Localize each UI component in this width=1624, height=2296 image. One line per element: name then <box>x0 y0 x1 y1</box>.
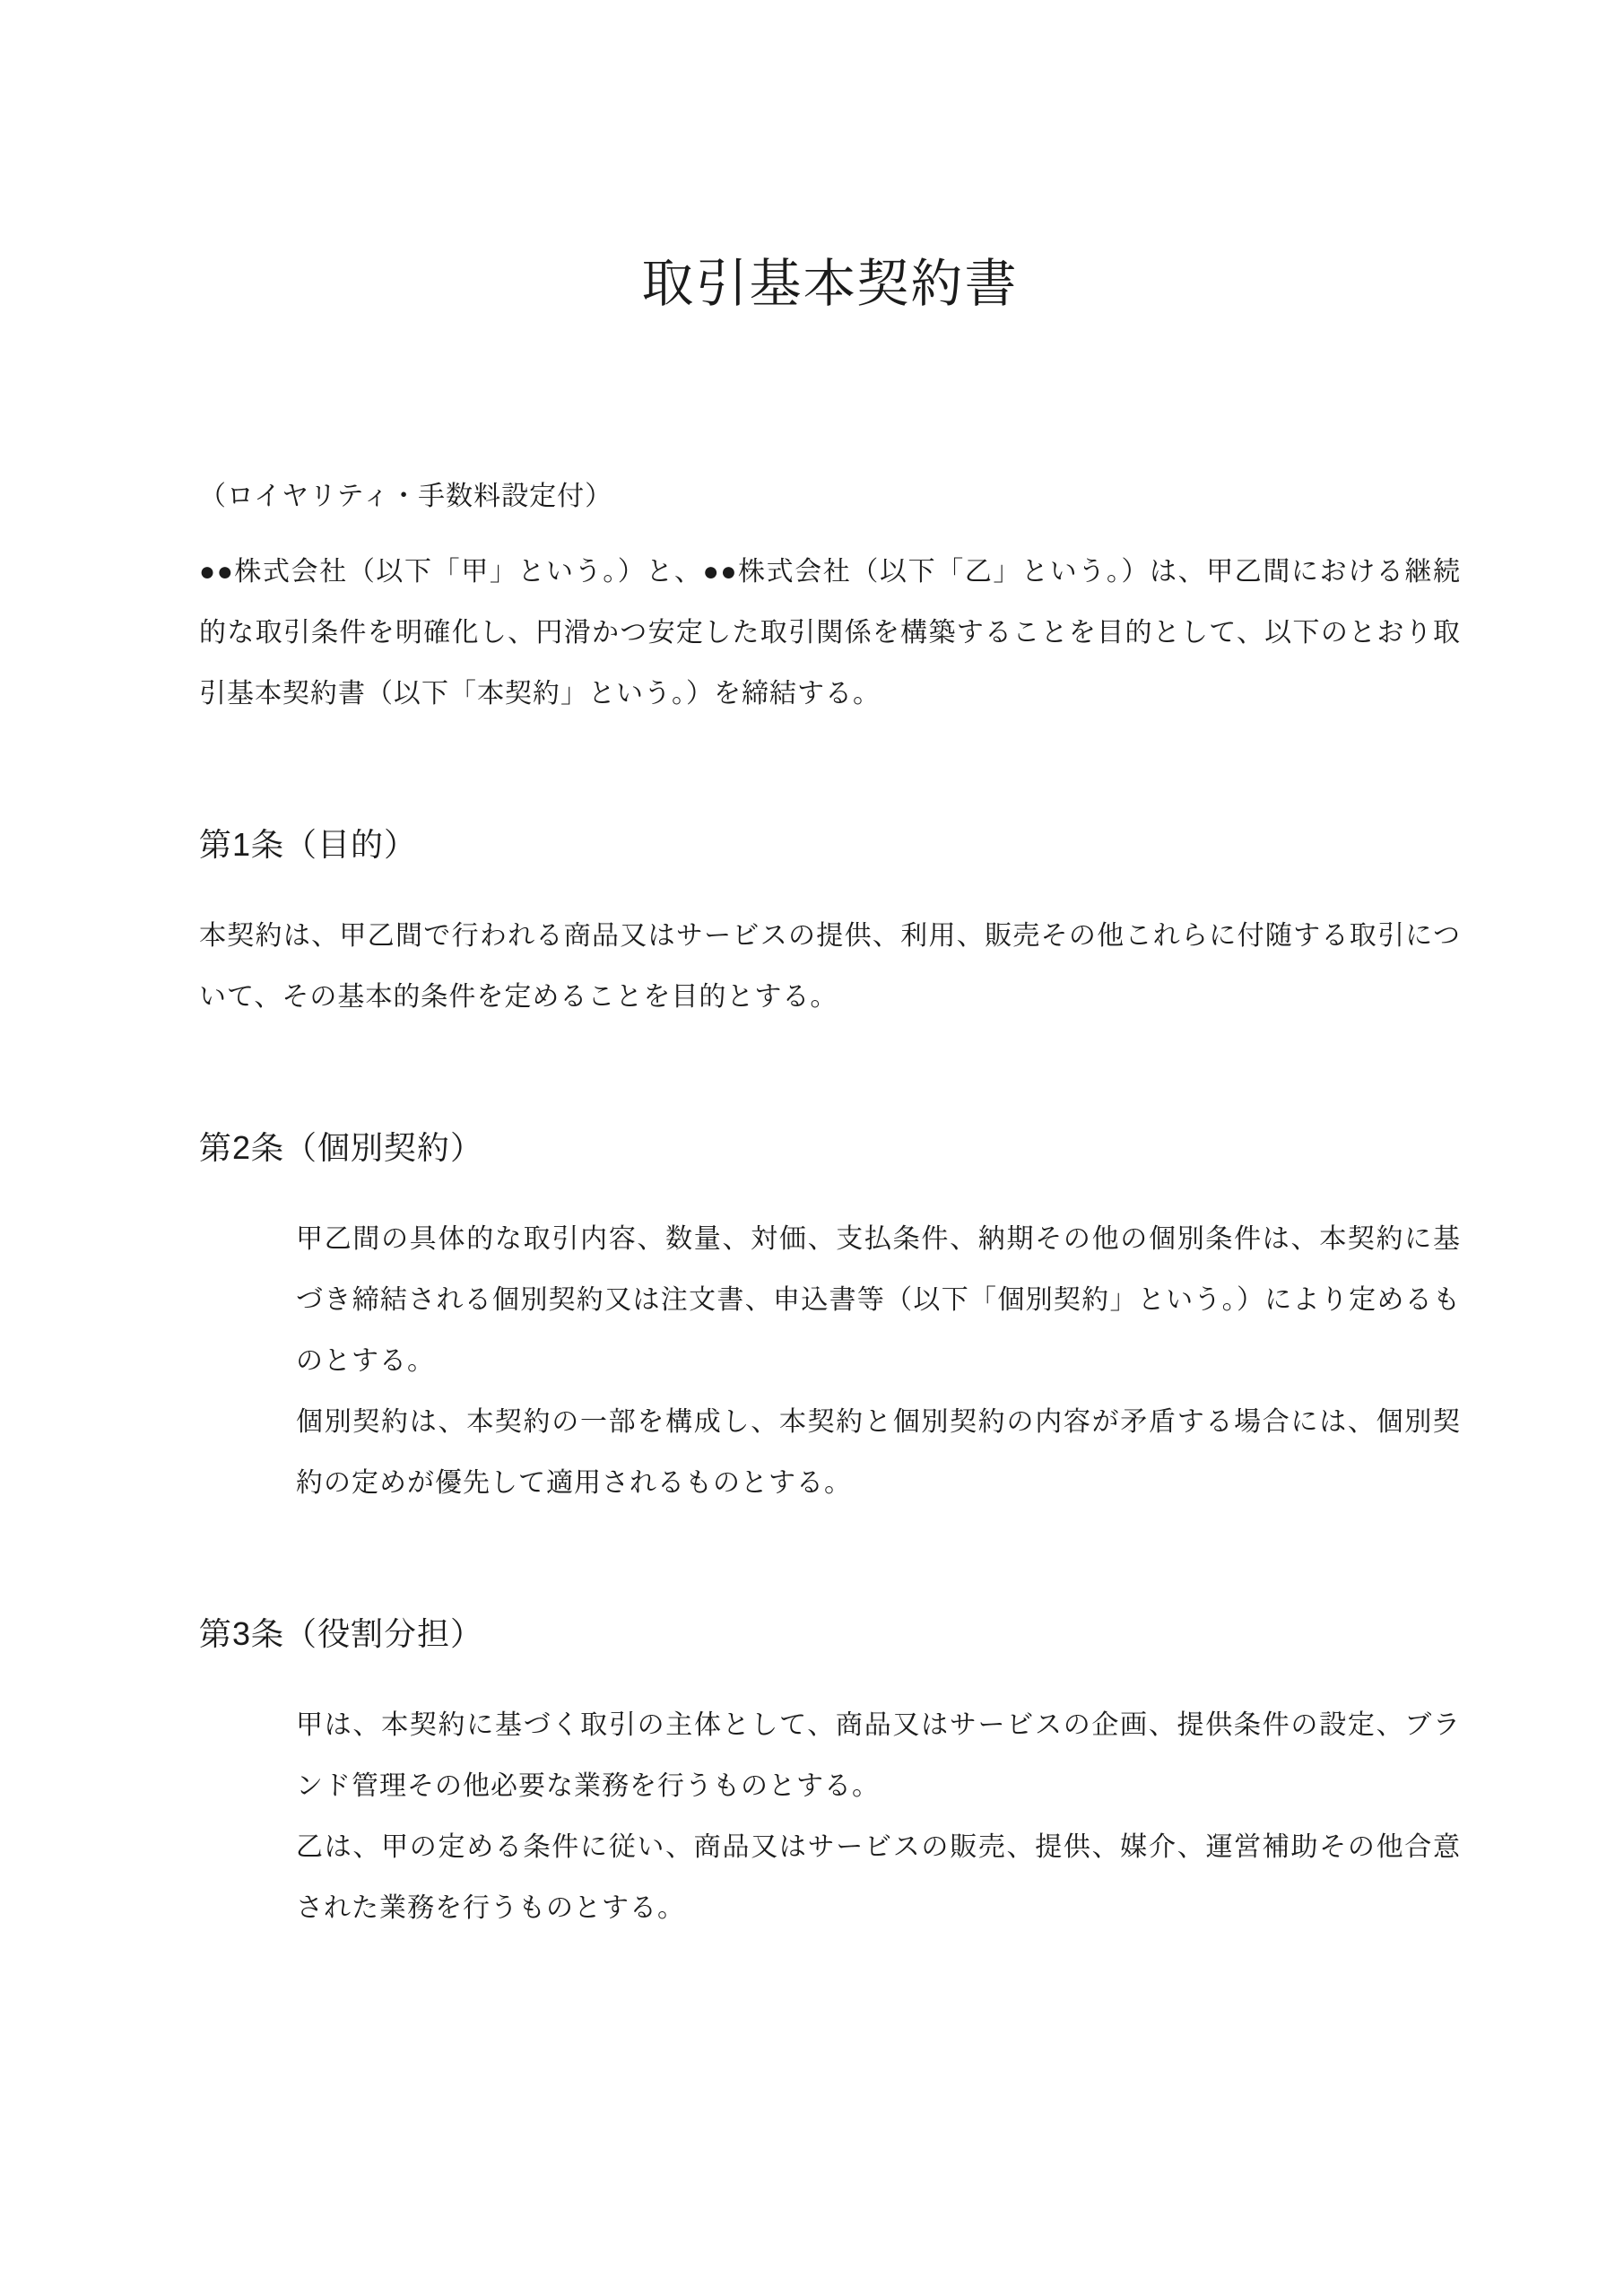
contract-page: 取引基本契約書 （ロイヤリティ・手数料設定付） ●●株式会社（以下「甲」という。… <box>0 0 1624 2296</box>
article-1-heading: 第1条（目的） <box>199 822 1461 868</box>
article-3-heading: 第3条（役割分担） <box>199 1611 1461 1657</box>
article-2-paragraph: 甲乙間の具体的な取引内容、数量、対価、支払条件、納期その他の個別条件は、本契約に… <box>296 1209 1461 1392</box>
article-2-paragraph: 個別契約は、本契約の一部を構成し、本契約と個別契約の内容が矛盾する場合には、個別… <box>296 1392 1461 1514</box>
article-3: 第3条（役割分担） 甲は、本契約に基づく取引の主体として、商品又はサービスの企画… <box>199 1611 1461 1939</box>
article-3-paragraph: 乙は、甲の定める条件に従い、商品又はサービスの販売、提供、媒介、運営補助その他合… <box>296 1817 1461 1939</box>
article-3-body: 甲は、本契約に基づく取引の主体として、商品又はサービスの企画、提供条件の設定、ブ… <box>296 1695 1461 1939</box>
article-1-paragraph: 本契約は、甲乙間で行われる商品又はサービスの提供、利用、販売その他これらに付随す… <box>199 906 1461 1028</box>
article-1-body: 本契約は、甲乙間で行われる商品又はサービスの提供、利用、販売その他これらに付随す… <box>199 906 1461 1028</box>
preamble-paragraph: ●●株式会社（以下「甲」という。）と、●●株式会社（以下「乙」という。）は、甲乙… <box>199 542 1461 725</box>
article-2: 第2条（個別契約） 甲乙間の具体的な取引内容、数量、対価、支払条件、納期その他の… <box>199 1125 1461 1514</box>
article-3-paragraph: 甲は、本契約に基づく取引の主体として、商品又はサービスの企画、提供条件の設定、ブ… <box>296 1695 1461 1817</box>
article-2-body: 甲乙間の具体的な取引内容、数量、対価、支払条件、納期その他の個別条件は、本契約に… <box>296 1209 1461 1514</box>
document-title: 取引基本契約書 <box>199 244 1461 325</box>
article-2-heading: 第2条（個別契約） <box>199 1125 1461 1171</box>
article-1: 第1条（目的） 本契約は、甲乙間で行われる商品又はサービスの提供、利用、販売その… <box>199 822 1461 1028</box>
document-subtitle: （ロイヤリティ・手数料設定付） <box>199 466 1461 527</box>
